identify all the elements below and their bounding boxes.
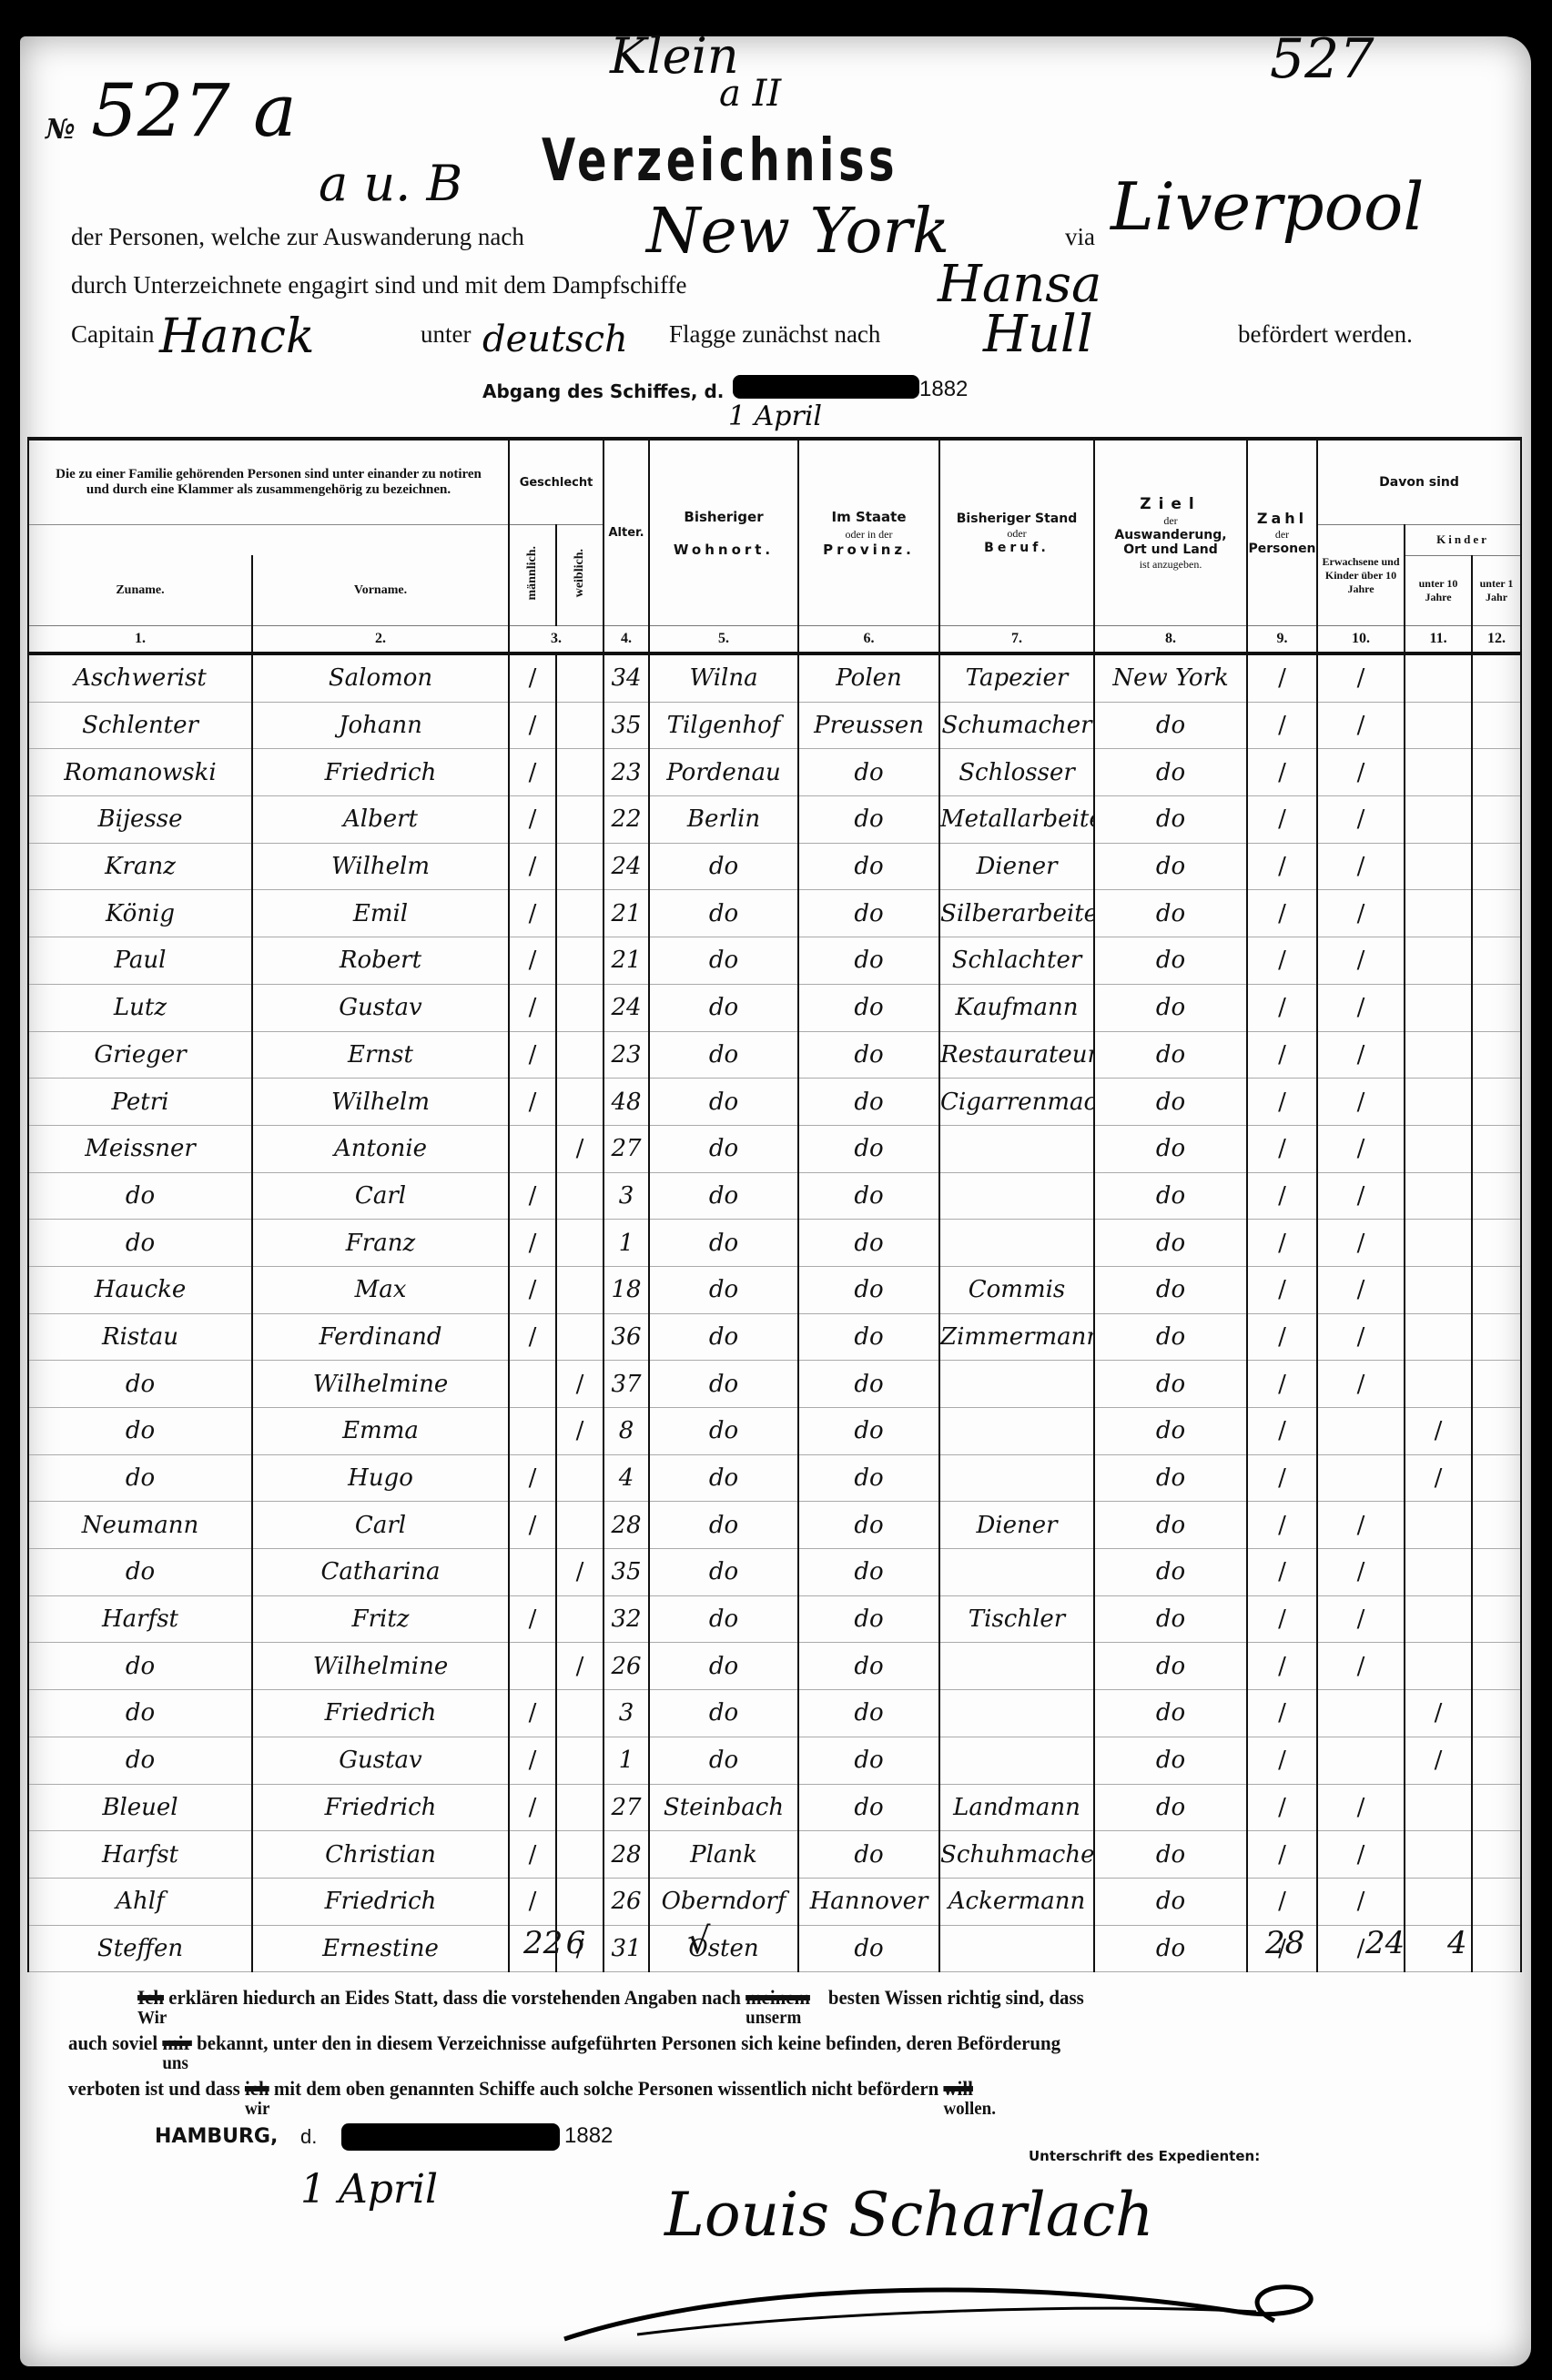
cell-state: do	[798, 1313, 939, 1361]
cell-under10	[1405, 1031, 1472, 1079]
cell-surname: König	[28, 890, 252, 937]
cell-female	[556, 1031, 604, 1079]
table-row: RistauFerdinand/36dodoZimmermanndo//	[28, 1313, 1521, 1361]
cell-adults: /	[1317, 1125, 1405, 1172]
cell-state: do	[798, 1125, 939, 1172]
cell-under1	[1472, 1408, 1521, 1455]
cell-surname: Aschwerist	[28, 653, 252, 702]
cell-persons: /	[1247, 1595, 1317, 1643]
family-note: Die zu einer Familie gehörenden Personen…	[28, 439, 509, 525]
cell-surname: Lutz	[28, 984, 252, 1031]
cell-surname: Petri	[28, 1079, 252, 1126]
flag: deutsch	[482, 319, 628, 360]
cell-residence: Osten	[649, 1925, 798, 1972]
cell-age: 26	[604, 1878, 649, 1925]
cell-female	[556, 653, 604, 702]
cell-male: /	[509, 796, 556, 844]
cell-under1	[1472, 1172, 1521, 1220]
cell-age: 26	[604, 1643, 649, 1690]
cell-age: 27	[604, 1784, 649, 1831]
captain-name: Hanck	[159, 309, 314, 364]
departure-label: Abgang des Schiffes, d.	[482, 380, 724, 402]
cell-male: /	[509, 1595, 556, 1643]
table-row: NeumannCarl/28dodoDienerdo//	[28, 1502, 1521, 1549]
cell-surname: Grieger	[28, 1031, 252, 1079]
cell-persons: /	[1247, 653, 1317, 702]
cell-residence: do	[649, 1220, 798, 1267]
cell-destination: do	[1094, 984, 1247, 1031]
cell-age: 3	[604, 1690, 649, 1737]
cell-surname: Romanowski	[28, 749, 252, 796]
colnum-4: 4.	[604, 626, 649, 654]
footer-date: 1 April	[300, 2166, 438, 2213]
table-row: doWilhelmine/26dododo//	[28, 1643, 1521, 1690]
cell-adults: /	[1317, 843, 1405, 890]
cell-adults: /	[1317, 1361, 1405, 1408]
cell-surname: Harfst	[28, 1595, 252, 1643]
cell-occupation	[939, 1643, 1094, 1690]
header-sex: Geschlecht	[509, 439, 604, 525]
corr-uns: miruns	[162, 2020, 191, 2066]
cell-adults: /	[1317, 1220, 1405, 1267]
cell-residence: Oberndorf	[649, 1878, 798, 1925]
cell-adults: /	[1317, 1079, 1405, 1126]
cell-occupation: Diener	[939, 1502, 1094, 1549]
cell-adults: /	[1317, 1502, 1405, 1549]
cell-under1	[1472, 749, 1521, 796]
passenger-rows: AschweristSalomon/34WilnaPolenTapezierNe…	[28, 653, 1521, 1972]
cell-persons: /	[1247, 1643, 1317, 1690]
cell-destination: do	[1094, 1220, 1247, 1267]
cell-male: /	[509, 937, 556, 985]
cell-under1	[1472, 1125, 1521, 1172]
header-female: weiblich.	[556, 525, 604, 626]
cell-age: 8	[604, 1408, 649, 1455]
header-children: Kinder	[1405, 525, 1521, 556]
cell-persons: /	[1247, 937, 1317, 985]
signature: Louis Scharlach	[664, 2180, 1154, 2250]
cell-under10	[1405, 1266, 1472, 1313]
cell-under10	[1405, 1831, 1472, 1879]
table-row: PaulRobert/21dodoSchlachterdo//	[28, 937, 1521, 985]
cell-age: 22	[604, 796, 649, 844]
cell-occupation	[939, 1549, 1094, 1596]
flag-label: Flagge zunächst nach	[669, 320, 880, 349]
cell-under1	[1472, 653, 1521, 702]
cell-occupation: Schuhmacher	[939, 1831, 1094, 1879]
cell-occupation	[939, 1408, 1094, 1455]
cell-age: 28	[604, 1831, 649, 1879]
table-row: AhlfFriedrich/26OberndorfHannoverAckerma…	[28, 1878, 1521, 1925]
corr-wir2: ichwir	[245, 2066, 269, 2112]
cell-age: 32	[604, 1595, 649, 1643]
signature-label: Unterschrift des Expedienten:	[1029, 2148, 1260, 2164]
cell-firstname: Hugo	[252, 1454, 509, 1502]
cell-persons: /	[1247, 1878, 1317, 1925]
cell-residence: Wilna	[649, 653, 798, 702]
cell-adults: /	[1317, 937, 1405, 985]
cell-male: /	[509, 1266, 556, 1313]
cell-adults: /	[1317, 1266, 1405, 1313]
cell-occupation: Landmann	[939, 1784, 1094, 1831]
cell-firstname: Wilhelmine	[252, 1643, 509, 1690]
cell-firstname: Gustav	[252, 984, 509, 1031]
cell-destination: do	[1094, 1125, 1247, 1172]
captain-label: Capitain	[71, 320, 154, 349]
cell-female	[556, 1313, 604, 1361]
cell-residence: do	[649, 1737, 798, 1784]
cell-female: /	[556, 1361, 604, 1408]
cell-persons: /	[1247, 1172, 1317, 1220]
cell-male	[509, 1643, 556, 1690]
colnum-6: 6.	[798, 626, 939, 654]
redaction-mark	[733, 375, 919, 399]
cell-destination: do	[1094, 1878, 1247, 1925]
table-row: HarfstChristian/28PlankdoSchuhmacherdo//	[28, 1831, 1521, 1879]
cell-under1	[1472, 1549, 1521, 1596]
cell-male: /	[509, 1831, 556, 1879]
cell-persons: /	[1247, 1454, 1317, 1502]
cell-under10: /	[1405, 1737, 1472, 1784]
cell-age: 35	[604, 1549, 649, 1596]
cell-under10	[1405, 1502, 1472, 1549]
cell-adults: /	[1317, 1031, 1405, 1079]
cell-destination: do	[1094, 702, 1247, 749]
table-row: SchlenterJohann/35TilgenhofPreussenSchum…	[28, 702, 1521, 749]
colnum-8: 8.	[1094, 626, 1247, 654]
cell-age: 24	[604, 984, 649, 1031]
document-number: 527 a	[91, 68, 297, 153]
header-age: Alter.	[604, 439, 649, 626]
table-row: KönigEmil/21dodoSilberarbeiterdo//	[28, 890, 1521, 937]
line1-text: der Personen, welche zur Auswanderung na…	[71, 223, 524, 251]
cell-under1	[1472, 1737, 1521, 1784]
cell-under10	[1405, 1079, 1472, 1126]
cell-under10	[1405, 796, 1472, 844]
cell-firstname: Christian	[252, 1831, 509, 1879]
departure-year: 1882	[919, 377, 968, 402]
cell-female	[556, 1502, 604, 1549]
cell-surname: do	[28, 1737, 252, 1784]
table-row: GriegerErnst/23dodoRestaurateurdo//	[28, 1031, 1521, 1079]
cell-female	[556, 796, 604, 844]
cell-persons: /	[1247, 749, 1317, 796]
cell-under10	[1405, 937, 1472, 985]
cell-state: do	[798, 984, 939, 1031]
cell-state: Preussen	[798, 702, 939, 749]
cell-age: 48	[604, 1079, 649, 1126]
cell-male	[509, 1361, 556, 1408]
residence-check: √	[687, 1920, 711, 1962]
cell-destination: do	[1094, 937, 1247, 985]
cell-adults: /	[1317, 702, 1405, 749]
cell-firstname: Friedrich	[252, 1784, 509, 1831]
colnum-11: 11.	[1405, 626, 1472, 654]
cell-residence: do	[649, 1172, 798, 1220]
cell-destination: do	[1094, 1266, 1247, 1313]
cell-under1	[1472, 843, 1521, 890]
cell-adults: /	[1317, 796, 1405, 844]
cell-under10	[1405, 1595, 1472, 1643]
cell-female	[556, 1595, 604, 1643]
line2-text: durch Unterzeichnete engagirt sind und m…	[71, 271, 687, 299]
table-row: doHugo/4dododo//	[28, 1454, 1521, 1502]
cell-age: 35	[604, 702, 649, 749]
table-row: HauckeMax/18dodoCommisdo//	[28, 1266, 1521, 1313]
total-under10: 4	[1447, 1925, 1467, 1961]
annotation-sub: a II	[719, 73, 781, 115]
cell-under1	[1472, 890, 1521, 937]
table-row: doWilhelmine/37dododo//	[28, 1361, 1521, 1408]
cell-residence: do	[649, 1454, 798, 1502]
header-firstname: Vorname.	[252, 555, 509, 625]
cell-under10	[1405, 749, 1472, 796]
cell-persons: /	[1247, 1784, 1317, 1831]
cell-adults	[1317, 1408, 1405, 1455]
cell-occupation: Commis	[939, 1266, 1094, 1313]
cell-destination: do	[1094, 1595, 1247, 1643]
cell-firstname: Catharina	[252, 1549, 509, 1596]
via-label: via	[1065, 223, 1095, 251]
number-label: №	[46, 114, 76, 146]
signature-flourish	[546, 2248, 1365, 2348]
departure-date: 1 April	[728, 400, 822, 432]
cell-residence: Pordenau	[649, 749, 798, 796]
cell-under10	[1405, 1361, 1472, 1408]
cell-persons: /	[1247, 843, 1317, 890]
cell-adults: /	[1317, 1784, 1405, 1831]
cell-occupation: Ackermann	[939, 1878, 1094, 1925]
table-row: doFranz/1dododo//	[28, 1220, 1521, 1267]
cell-destination: do	[1094, 1549, 1247, 1596]
cell-firstname: Max	[252, 1266, 509, 1313]
cell-destination: do	[1094, 1690, 1247, 1737]
cell-adults: /	[1317, 1878, 1405, 1925]
colnum-3: 3.	[509, 626, 604, 654]
total-sex: 22 6	[523, 1925, 585, 1961]
cell-residence: do	[649, 1079, 798, 1126]
cell-state: do	[798, 1220, 939, 1267]
cell-age: 28	[604, 1502, 649, 1549]
cell-age: 31	[604, 1925, 649, 1972]
cell-persons: /	[1247, 1079, 1317, 1126]
annotation-topright: 527	[1270, 27, 1374, 91]
cell-female	[556, 1737, 604, 1784]
cell-state: do	[798, 1595, 939, 1643]
cell-destination: do	[1094, 890, 1247, 937]
cell-firstname: Robert	[252, 937, 509, 985]
cell-residence: do	[649, 1643, 798, 1690]
cell-firstname: Antonie	[252, 1125, 509, 1172]
cell-age: 23	[604, 749, 649, 796]
table-row: KranzWilhelm/24dodoDienerdo//	[28, 843, 1521, 890]
table-row: MeissnerAntonie/27dododo//	[28, 1125, 1521, 1172]
passenger-table: Die zu einer Familie gehörenden Personen…	[27, 437, 1522, 1972]
cell-female	[556, 1454, 604, 1502]
cell-surname: Kranz	[28, 843, 252, 890]
cell-age: 18	[604, 1266, 649, 1313]
cell-female	[556, 702, 604, 749]
cell-male	[509, 1549, 556, 1596]
cell-adults: /	[1317, 890, 1405, 937]
cell-residence: Plank	[649, 1831, 798, 1879]
cell-state: Hannover	[798, 1878, 939, 1925]
cell-destination: do	[1094, 1831, 1247, 1879]
total-adults: 24	[1365, 1925, 1405, 1961]
table-row: BijesseAlbert/22BerlindoMetallarbeiterdo…	[28, 796, 1521, 844]
cell-male: /	[509, 984, 556, 1031]
corr-wollen: willwollen.	[943, 2066, 973, 2112]
cell-age: 3	[604, 1172, 649, 1220]
cell-under10	[1405, 890, 1472, 937]
cell-residence: do	[649, 1502, 798, 1549]
cell-adults	[1317, 1737, 1405, 1784]
cell-surname: Bijesse	[28, 796, 252, 844]
cell-firstname: Johann	[252, 702, 509, 749]
cell-persons: /	[1247, 702, 1317, 749]
cell-male	[509, 1125, 556, 1172]
cell-residence: do	[649, 1690, 798, 1737]
place-label: HAMBURG,	[155, 2125, 278, 2148]
cell-persons: /	[1247, 1220, 1317, 1267]
cell-female	[556, 1172, 604, 1220]
cell-surname: Harfst	[28, 1831, 252, 1879]
cell-destination: do	[1094, 1172, 1247, 1220]
cell-under10	[1405, 843, 1472, 890]
cell-under1	[1472, 1502, 1521, 1549]
cell-state: do	[798, 937, 939, 985]
total-persons: 28	[1265, 1925, 1304, 1961]
cell-adults	[1317, 1690, 1405, 1737]
cell-state: do	[798, 1031, 939, 1079]
header-residence: BisherigerWohnort.	[649, 439, 798, 626]
cell-age: 21	[604, 890, 649, 937]
footer-year: 1882	[564, 2123, 613, 2149]
cell-male: /	[509, 1737, 556, 1784]
table-row: RomanowskiFriedrich/23PordenaudoSchlosse…	[28, 749, 1521, 796]
cell-age: 24	[604, 843, 649, 890]
cell-under1	[1472, 702, 1521, 749]
cell-female	[556, 984, 604, 1031]
cell-age: 21	[604, 937, 649, 985]
cell-residence: do	[649, 1266, 798, 1313]
cell-state: do	[798, 1502, 939, 1549]
cell-residence: do	[649, 1313, 798, 1361]
cell-female: /	[556, 1408, 604, 1455]
cell-age: 34	[604, 653, 649, 702]
cell-adults: /	[1317, 653, 1405, 702]
cell-persons: /	[1247, 1502, 1317, 1549]
cell-persons: /	[1247, 1690, 1317, 1737]
cell-adults: /	[1317, 1549, 1405, 1596]
cell-occupation	[939, 1690, 1094, 1737]
cell-firstname: Gustav	[252, 1737, 509, 1784]
cell-under1	[1472, 937, 1521, 985]
cell-firstname: Ferdinand	[252, 1313, 509, 1361]
cell-male: /	[509, 1031, 556, 1079]
forwarded-label: befördert werden.	[1238, 320, 1413, 349]
header-adults: Erwachsene und Kinder über 10 Jahre	[1317, 525, 1405, 626]
cell-female	[556, 1878, 604, 1925]
cell-occupation: Tischler	[939, 1595, 1094, 1643]
cell-destination: do	[1094, 843, 1247, 890]
cell-firstname: Friedrich	[252, 1690, 509, 1737]
cell-state: do	[798, 890, 939, 937]
header-of-which: Davon sind	[1317, 439, 1521, 525]
cell-male: /	[509, 1878, 556, 1925]
cell-state: do	[798, 1737, 939, 1784]
colnum-5: 5.	[649, 626, 798, 654]
header-under1: unter 1 Jahr	[1472, 555, 1521, 625]
cell-female	[556, 937, 604, 985]
cell-male: /	[509, 1454, 556, 1502]
cell-firstname: Franz	[252, 1220, 509, 1267]
cell-firstname: Wilhelmine	[252, 1361, 509, 1408]
cell-occupation: Tapezier	[939, 653, 1094, 702]
cell-male: /	[509, 749, 556, 796]
cell-under10	[1405, 1172, 1472, 1220]
cell-female	[556, 749, 604, 796]
cell-persons: /	[1247, 890, 1317, 937]
cell-male: /	[509, 890, 556, 937]
cell-female: /	[556, 1125, 604, 1172]
cell-state: do	[798, 1549, 939, 1596]
cell-occupation	[939, 1361, 1094, 1408]
cell-adults: /	[1317, 1595, 1405, 1643]
cell-under1	[1472, 1079, 1521, 1126]
cell-state: do	[798, 1690, 939, 1737]
cell-residence: do	[649, 984, 798, 1031]
cell-female	[556, 1079, 604, 1126]
cell-male: /	[509, 843, 556, 890]
cell-firstname: Emil	[252, 890, 509, 937]
cell-under1	[1472, 1266, 1521, 1313]
document-title: Verzeichniss	[542, 127, 898, 195]
cell-firstname: Friedrich	[252, 1878, 509, 1925]
under-label: unter	[421, 320, 471, 349]
cell-persons: /	[1247, 1737, 1317, 1784]
cell-female	[556, 1266, 604, 1313]
cell-surname: do	[28, 1643, 252, 1690]
cell-firstname: Ernestine	[252, 1925, 509, 1972]
cell-surname: Ristau	[28, 1313, 252, 1361]
cell-persons: /	[1247, 1831, 1317, 1879]
cell-occupation	[939, 1220, 1094, 1267]
cell-residence: do	[649, 1031, 798, 1079]
cell-occupation	[939, 1172, 1094, 1220]
cell-male: /	[509, 1313, 556, 1361]
colnum-12: 12.	[1472, 626, 1521, 654]
cell-adults: /	[1317, 1831, 1405, 1879]
cell-surname: Schlenter	[28, 702, 252, 749]
cell-destination: do	[1094, 1313, 1247, 1361]
cell-destination: do	[1094, 1361, 1247, 1408]
cell-male: /	[509, 1784, 556, 1831]
cell-female	[556, 1220, 604, 1267]
declaration: IchWir erklären hiedurch an Eides Statt,…	[68, 1975, 1417, 2112]
cell-persons: /	[1247, 1549, 1317, 1596]
cell-surname: Haucke	[28, 1266, 252, 1313]
cell-destination: do	[1094, 1737, 1247, 1784]
cell-destination: do	[1094, 1454, 1247, 1502]
cell-state: do	[798, 843, 939, 890]
cell-firstname: Wilhelm	[252, 843, 509, 890]
cell-firstname: Carl	[252, 1502, 509, 1549]
cell-under1	[1472, 1031, 1521, 1079]
cell-occupation: Schlachter	[939, 937, 1094, 985]
cell-age: 4	[604, 1454, 649, 1502]
cell-under10: /	[1405, 1690, 1472, 1737]
